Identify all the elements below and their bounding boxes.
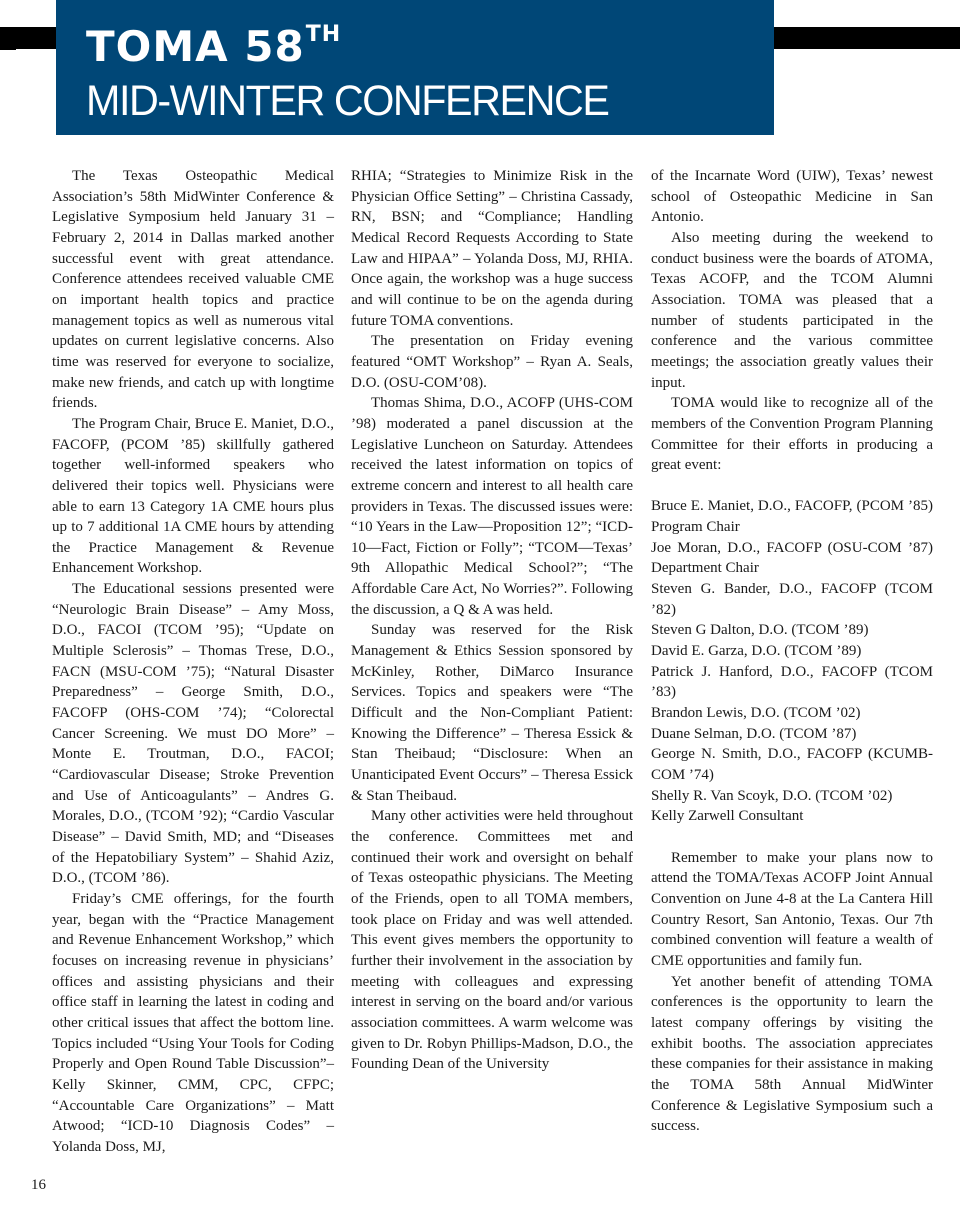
paragraph: The presentation on Friday evening featu…: [351, 331, 633, 393]
committee-member: Joe Moran, D.O., FACOFP (OSU-COM ’87) De…: [651, 538, 933, 579]
paragraph: The Texas Osteopathic Medical Associatio…: [52, 166, 334, 414]
title-line-1: TOMA 58TH: [86, 26, 341, 68]
page-number: 16: [31, 1177, 46, 1194]
header-thin-rule: [0, 48, 16, 50]
committee-member: Shelly R. Van Scoyk, D.O. (TCOM ’02): [651, 786, 933, 807]
committee-member: Steven G. Bander, D.O., FACOFP (TCOM ’82…: [651, 579, 933, 620]
paragraph: The Educational sessions presented were …: [52, 579, 334, 889]
title-line-2: MID-WINTER CONFERENCE: [86, 80, 608, 123]
committee-member: David E. Garza, D.O. (TCOM ’89): [651, 641, 933, 662]
spacer: [651, 476, 933, 497]
paragraph: Remember to make your plans now to atten…: [651, 848, 933, 972]
paragraph: Friday’s CME offerings, for the fourth y…: [52, 889, 334, 1158]
committee-member: Patrick J. Hanford, D.O., FACOFP (TCOM ’…: [651, 662, 933, 703]
paragraph: Sunday was reserved for the Risk Managem…: [351, 620, 633, 806]
article-column-1: The Texas Osteopathic Medical Associatio…: [52, 166, 334, 1158]
committee-member: Steven G Dalton, D.O. (TCOM ’89): [651, 620, 933, 641]
paragraph: Yet another benefit of attending TOMA co…: [651, 972, 933, 1137]
article-column-3: of the Incarnate Word (UIW), Texas’ newe…: [651, 166, 933, 1137]
committee-member: George N. Smith, D.O., FACOFP (KCUMB-COM…: [651, 744, 933, 785]
paragraph: Also meeting during the weekend to condu…: [651, 228, 933, 393]
committee-member: Brandon Lewis, D.O. (TCOM ’02): [651, 703, 933, 724]
paragraph: The Program Chair, Bruce E. Maniet, D.O.…: [52, 414, 334, 579]
committee-member: Kelly Zarwell Consultant: [651, 806, 933, 827]
title-banner: TOMA 58TH MID-WINTER CONFERENCE: [56, 0, 774, 135]
article-column-2: RHIA; “Strategies to Minimize Risk in th…: [351, 166, 633, 1075]
committee-member: Bruce E. Maniet, D.O., FACOFP, (PCOM ’85…: [651, 496, 933, 537]
paragraph-continuation: RHIA; “Strategies to Minimize Risk in th…: [351, 166, 633, 331]
spacer: [651, 827, 933, 848]
paragraph: Thomas Shima, D.O., ACOFP (UHS-COM ’98) …: [351, 393, 633, 620]
paragraph-continuation: of the Incarnate Word (UIW), Texas’ newe…: [651, 166, 933, 228]
committee-member: Duane Selman, D.O. (TCOM ’87): [651, 724, 933, 745]
committee-list: Bruce E. Maniet, D.O., FACOFP, (PCOM ’85…: [651, 496, 933, 827]
paragraph: TOMA would like to recognize all of the …: [651, 393, 933, 476]
title-main-text: TOMA 58: [86, 22, 305, 71]
title-superscript: TH: [306, 22, 341, 47]
paragraph: Many other activities were held througho…: [351, 806, 633, 1075]
